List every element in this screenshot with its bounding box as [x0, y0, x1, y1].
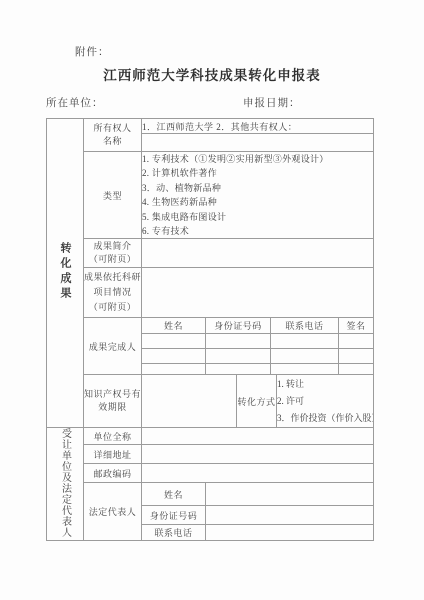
type-label: 类型	[84, 152, 142, 239]
ipr-label: 知识产权号有 效期限	[84, 375, 142, 428]
transform-method-options: 1. 转让 2. 许可 3．作价投资（作价入股）	[277, 375, 374, 428]
type-item: 1. 专利技术（①发明②实用新型③外观设计）	[142, 152, 373, 166]
transform-method-label: 转化方式	[237, 375, 277, 428]
intro-label: 成果简介 （可附页）	[84, 239, 142, 268]
date-label: 申报日期：	[243, 95, 301, 110]
owner-name-input-cell	[142, 134, 374, 152]
method-option: 2. 许可	[277, 393, 373, 410]
intro-input-cell	[142, 239, 374, 268]
rep-phone-label: 联系电话	[142, 525, 206, 541]
rep-name-label: 姓名	[142, 483, 206, 506]
rep-id-input-cell	[206, 506, 374, 525]
completer-signature-cell	[339, 334, 374, 349]
type-item: 2. 计算机软件著作	[142, 166, 373, 180]
col-header-name: 姓名	[142, 318, 206, 334]
section-transferee: 受让单位及法定代表人	[47, 428, 84, 541]
project-label: 成果依托科研 项目情况 （可附页）	[84, 268, 142, 318]
owner-name-label: 所有权人 名称	[84, 119, 142, 152]
completer-name-cell	[142, 349, 206, 364]
method-option: 3．作价投资（作价入股）	[277, 410, 373, 427]
rep-phone-input-cell	[206, 525, 374, 541]
postcode-input-cell	[142, 464, 374, 483]
ipr-input-cell	[142, 375, 237, 428]
col-header-phone: 联系电话	[271, 318, 339, 334]
type-item: 6. 专有技术	[142, 224, 373, 238]
document-page: 附件： 江西师范大学科技成果转化申报表 所在单位： 申报日期： 转化成果 所有权…	[0, 0, 424, 600]
completer-name-cell	[142, 364, 206, 375]
completer-name-cell	[142, 334, 206, 349]
section-transform-label: 转化成果	[57, 242, 73, 302]
legal-rep-label: 法定代表人	[84, 483, 142, 541]
col-header-signature: 签名	[339, 318, 374, 334]
unit-name-input-cell	[142, 428, 374, 445]
page-title: 江西师范大学科技成果转化申报表	[0, 64, 424, 84]
unit-label: 所在单位：	[46, 95, 104, 110]
type-item: 5. 集成电路布图设计	[142, 210, 373, 224]
address-label: 详细地址	[84, 445, 142, 464]
rep-name-input-cell	[206, 483, 374, 506]
method-option: 1. 转让	[277, 376, 373, 393]
col-header-id: 身份证号码	[206, 318, 271, 334]
section-transform-achievement: 转化成果	[47, 119, 84, 428]
completer-id-cell	[206, 334, 271, 349]
completer-phone-cell	[271, 364, 339, 375]
address-input-cell	[142, 445, 374, 464]
application-form-table: 转化成果 所有权人 名称 1．江西师范大学 2．其他共有权人： 类型 1. 专利…	[46, 118, 374, 541]
completer-phone-cell	[271, 349, 339, 364]
completer-signature-cell	[339, 364, 374, 375]
completer-id-cell	[206, 349, 271, 364]
attachment-label: 附件：	[75, 44, 110, 59]
rep-id-label: 身份证号码	[142, 506, 206, 525]
project-input-cell	[142, 268, 374, 318]
completers-label: 成果完成人	[84, 318, 142, 375]
section-transferee-label: 受让单位及法定代表人	[58, 428, 73, 538]
unit-name-label: 单位全称	[84, 428, 142, 445]
postcode-label: 邮政编码	[84, 464, 142, 483]
type-item: 3．动、植物新品种	[142, 181, 373, 195]
completer-signature-cell	[339, 349, 374, 364]
completer-id-cell	[206, 364, 271, 375]
type-options-cell: 1. 专利技术（①发明②实用新型③外观设计） 2. 计算机软件著作 3．动、植物…	[142, 152, 374, 239]
type-item: 4. 生物医药新品种	[142, 195, 373, 209]
completer-phone-cell	[271, 334, 339, 349]
owner-value: 1．江西师范大学 2．其他共有权人：	[142, 119, 374, 134]
